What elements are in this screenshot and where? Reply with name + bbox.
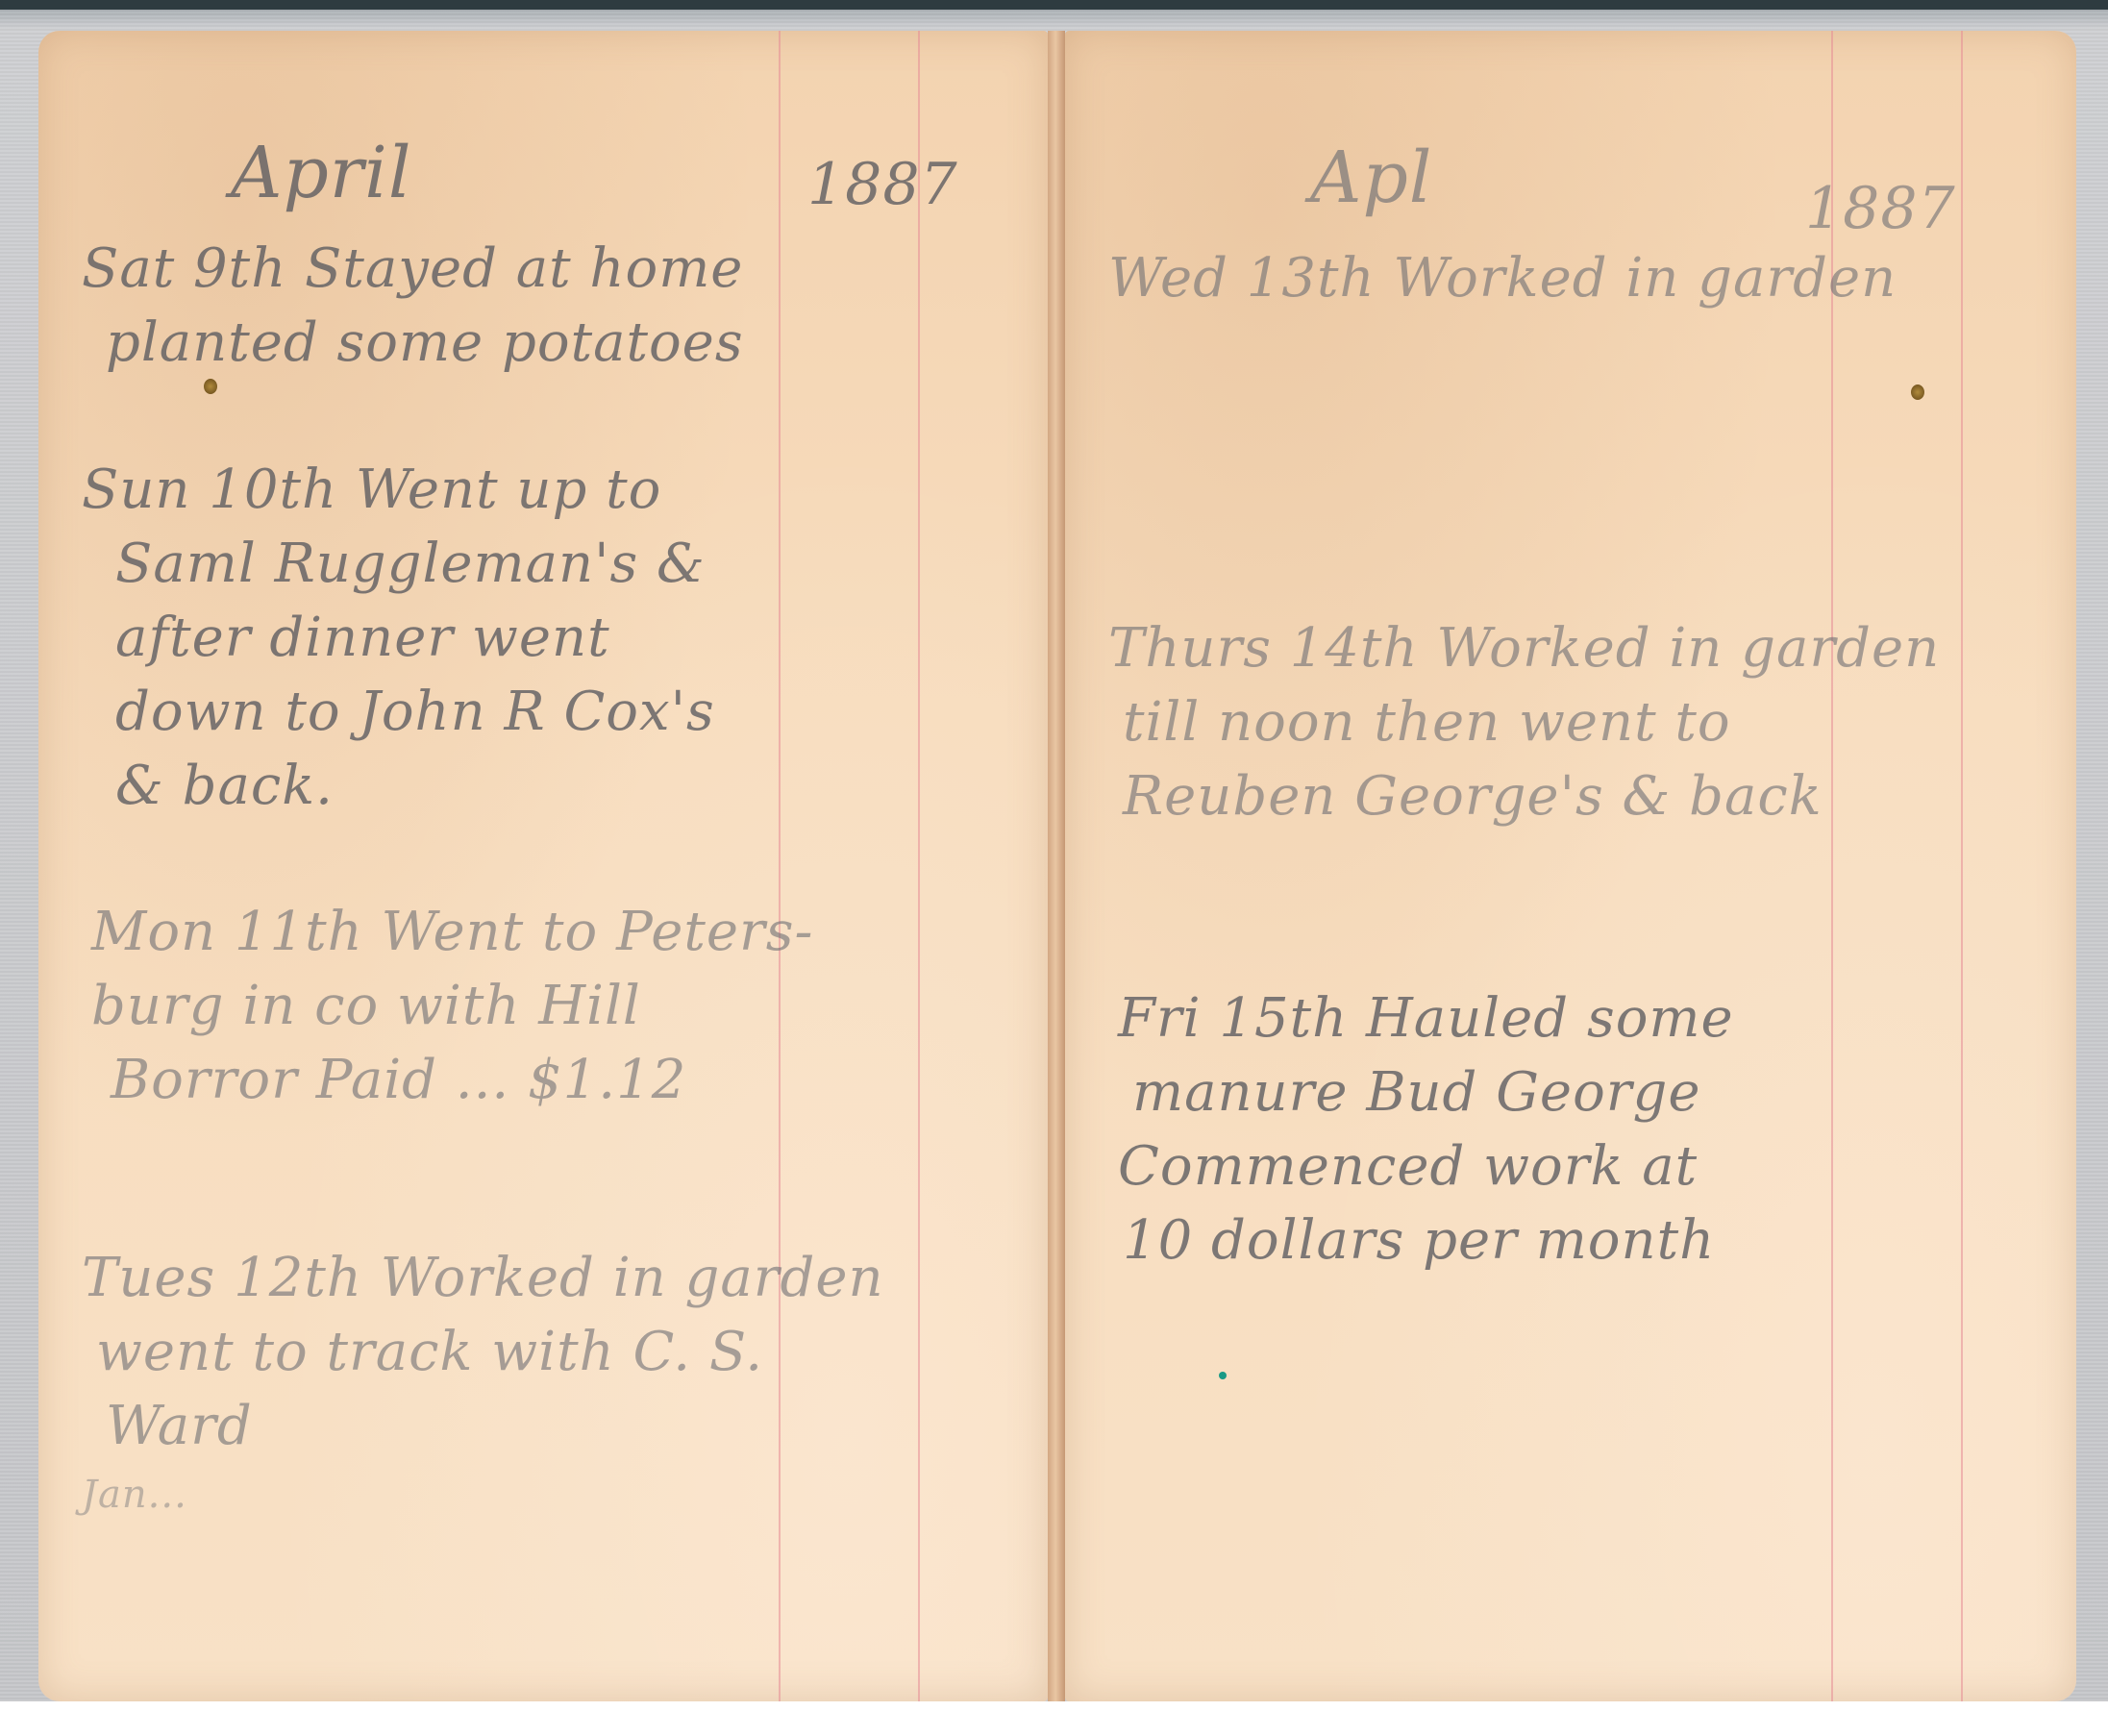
entry-line: 10 dollars per month [1123,1209,1715,1272]
scanner-top-edge [0,0,2108,10]
entry-line: Tues 12th Worked in garden [82,1247,884,1309]
book-spine [1048,31,1065,1701]
scan-bottom-edge [0,1701,2108,1736]
entry-line: Saml Ruggleman's & [115,533,706,595]
paper-stain [1911,384,1924,400]
month-heading: Apl [1310,136,1432,219]
paper-stain [204,379,217,394]
entry-line: Mon 11th Went to Peters- [91,901,813,963]
ink-speck [1219,1372,1227,1379]
entry-line: Reuben George's & back [1123,765,1823,828]
entry-line: till noon then went to [1123,691,1731,754]
entry-line: after dinner went [115,607,610,669]
entry-line: manure Bud George [1132,1061,1701,1124]
entry-line: Sun 10th Went up to [82,459,661,521]
left-page: April 1887 Sat 9th Stayed at home plante… [38,31,1048,1701]
entry-line: Commenced work at [1118,1135,1698,1198]
margin-line [918,31,920,1701]
month-heading: April [231,132,412,214]
entry-line: burg in co with Hill [91,975,641,1037]
entry-line: down to John R Cox's [115,681,715,743]
entry-line: planted some potatoes [106,311,744,374]
entry-line: Fri 15th Hauled some [1118,987,1734,1050]
entry-line: went to track with C. S. [96,1321,763,1383]
entry-line: & back. [115,755,334,817]
entry-line: Sat 9th Stayed at home [82,237,743,300]
margin-line [779,31,781,1701]
entry-line: Wed 13th Worked in garden [1108,247,1897,310]
margin-line [1961,31,1963,1701]
year-heading: 1887 [1805,175,1956,242]
entry-line: Thurs 14th Worked in garden [1108,617,1940,680]
year-heading: 1887 [807,151,958,218]
entry-line: Ward [106,1395,253,1457]
footer-scribble: Jan... [82,1473,187,1517]
entry-line: Borror Paid ... $1.12 [111,1049,686,1111]
right-page: Apl 1887 Wed 13th Worked in garden Thurs… [1065,31,2076,1701]
